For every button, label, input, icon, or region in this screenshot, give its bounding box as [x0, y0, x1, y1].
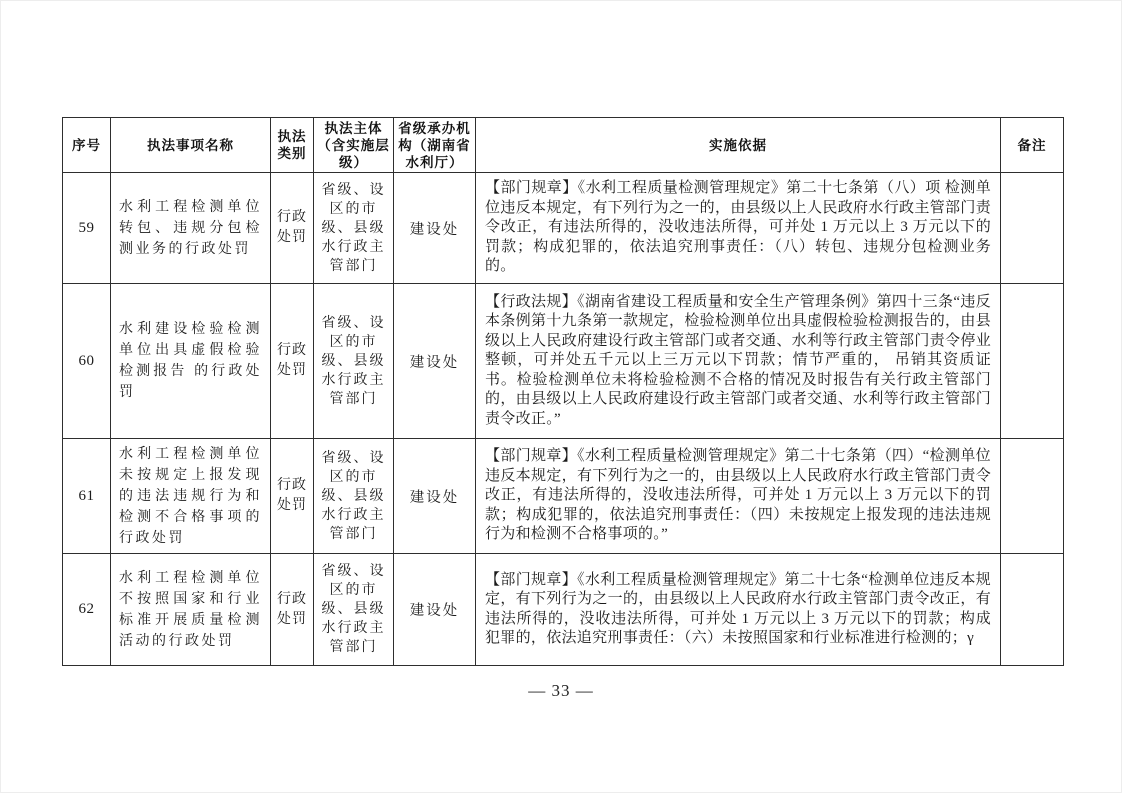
cell-row-number: 59 — [63, 173, 111, 284]
cell-basis: 【部门规章】《水利工程质量检测管理规定》第二十七条“检测单位违反本规定，有下列行… — [476, 554, 1001, 666]
cell-row-number: 60 — [63, 284, 111, 439]
cell-agency: 建设处 — [394, 554, 476, 666]
cell-item-name: 水利工程检测单位不按照国家和行业标准开展质量检测活动的行政处罚 — [111, 554, 271, 666]
cell-category: 行政处罚 — [271, 554, 314, 666]
enforcement-items-table: 序号 执法事项名称 执法类别 执法主体（含实施层级） 省级承办机构（湖南省水利厅… — [62, 117, 1064, 666]
cell-remark — [1001, 439, 1064, 554]
cell-subject: 省级、设区的市级、县级水行政主管部门 — [314, 554, 394, 666]
header-cell-basis: 实施依据 — [476, 118, 1001, 173]
cell-basis: 【部门规章】《水利工程质量检测管理规定》第二十七条第（四）“检测单位违反本规定，… — [476, 439, 1001, 554]
cell-category: 行政处罚 — [271, 173, 314, 284]
cell-item-name: 水利工程检测单位转包、违规分包检测业务的行政处罚 — [111, 173, 271, 284]
header-cell-item-name: 执法事项名称 — [111, 118, 271, 173]
table-header-row: 序号 执法事项名称 执法类别 执法主体（含实施层级） 省级承办机构（湖南省水利厅… — [63, 118, 1064, 173]
cell-category: 行政处罚 — [271, 439, 314, 554]
cell-subject: 省级、设区的市级、县级水行政主管部门 — [314, 284, 394, 439]
page-number: — 33 — — [0, 681, 1122, 701]
header-cell-no: 序号 — [63, 118, 111, 173]
header-cell-agency: 省级承办机构（湖南省水利厅） — [394, 118, 476, 173]
cell-item-name: 水利工程检测单位未按规定上报发现的违法违规行为和检测不合格事项的行政处罚 — [111, 439, 271, 554]
cell-item-name: 水利建设检验检测单位出具虚假检验检测报告 的行政处罚 — [111, 284, 271, 439]
cell-agency: 建设处 — [394, 439, 476, 554]
header-cell-subject: 执法主体（含实施层级） — [314, 118, 394, 173]
cell-remark — [1001, 554, 1064, 666]
cell-remark — [1001, 284, 1064, 439]
cell-agency: 建设处 — [394, 173, 476, 284]
table-row: 62 水利工程检测单位不按照国家和行业标准开展质量检测活动的行政处罚 行政处罚 … — [63, 554, 1064, 666]
cell-basis: 【行政法规】《湖南省建设工程质量和安全生产管理条例》第四十三条“违反本条例第十九… — [476, 284, 1001, 439]
document-page: 序号 执法事项名称 执法类别 执法主体（含实施层级） 省级承办机构（湖南省水利厅… — [0, 0, 1122, 793]
header-cell-category: 执法类别 — [271, 118, 314, 173]
cell-row-number: 61 — [63, 439, 111, 554]
cell-subject: 省级、设区的市级、县级水行政主管部门 — [314, 173, 394, 284]
cell-subject: 省级、设区的市级、县级水行政主管部门 — [314, 439, 394, 554]
cell-remark — [1001, 173, 1064, 284]
cell-category: 行政处罚 — [271, 284, 314, 439]
table-row: 59 水利工程检测单位转包、违规分包检测业务的行政处罚 行政处罚 省级、设区的市… — [63, 173, 1064, 284]
cell-row-number: 62 — [63, 554, 111, 666]
cell-basis: 【部门规章】《水利工程质量检测管理规定》第二十七条第（八）项 检测单位违反本规定… — [476, 173, 1001, 284]
cell-agency: 建设处 — [394, 284, 476, 439]
table-row: 60 水利建设检验检测单位出具虚假检验检测报告 的行政处罚 行政处罚 省级、设区… — [63, 284, 1064, 439]
header-cell-remark: 备注 — [1001, 118, 1064, 173]
table-row: 61 水利工程检测单位未按规定上报发现的违法违规行为和检测不合格事项的行政处罚 … — [63, 439, 1064, 554]
